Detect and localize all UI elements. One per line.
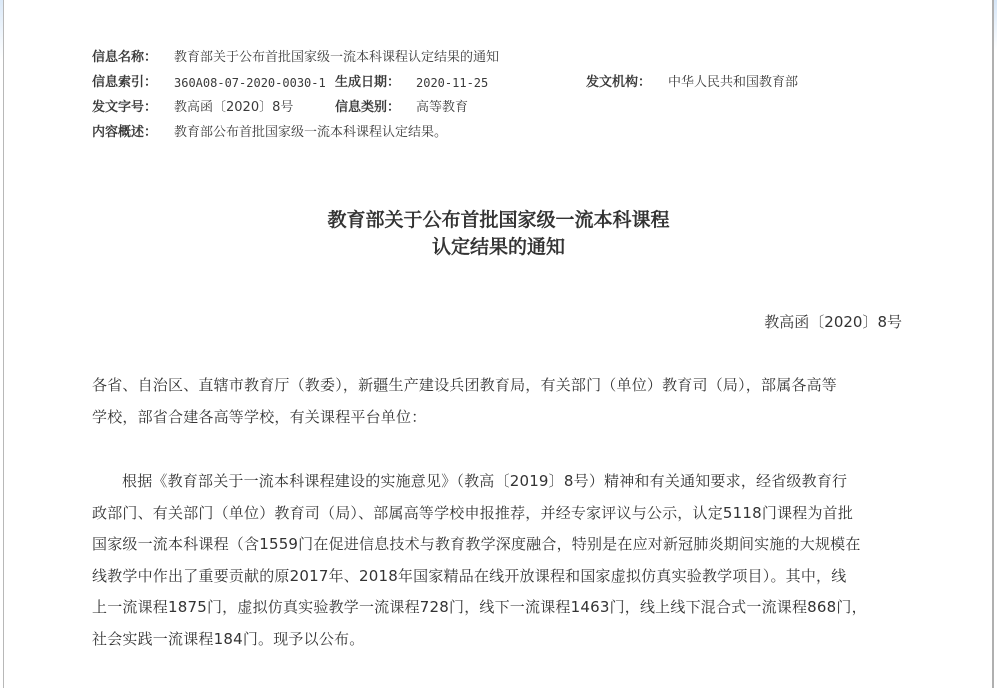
doc-number-label: 发文字号： [92,98,157,118]
body-line: 政部门、有关部门（单位）教育司（局）、部属高等学校申报推荐，并经专家评议与公示，… [92,498,907,530]
addressee-line: 各省、自治区、直辖市教育厅（教委），新疆生产建设兵团教育局，有关部门（单位）教育… [92,370,907,402]
document-title: 教育部关于公布首批国家级一流本科课程 认定结果的通知 [0,207,997,261]
summary-label: 内容概述： [92,123,157,143]
body-line: 上一流课程1875门，虚拟仿真实验教学一流课程728门，线下一流课程1463门，… [92,592,907,624]
document-page: 信息名称： 教育部关于公布首批国家级一流本科课程认定结果的通知 信息索引： 36… [0,0,997,688]
date-value: 2020-11-25 [416,73,488,93]
date-label: 生成日期： [335,73,400,93]
info-index-label: 信息索引： [92,73,157,93]
document-number: 教高函〔2020〕8号 [764,311,902,332]
body-line: 线教学中作出了重要贡献的原2017年、2018年国家精品在线开放课程和国家虚拟仿… [92,561,907,593]
category-value: 高等教育 [416,98,468,118]
document-title-line-1: 教育部关于公布首批国家级一流本科课程 [0,207,997,234]
window-border-left [3,0,4,688]
body-paragraph: 根据《教育部关于一流本科课程建设的实施意见》（教高〔2019〕8号）精神和有关通… [92,466,907,655]
addressee-line: 学校，部省合建各高等学校，有关课程平台单位： [92,402,907,434]
summary-value: 教育部公布首批国家级一流本科课程认定结果。 [174,123,447,143]
info-name-label: 信息名称： [92,48,157,68]
category-label: 信息类别： [335,98,400,118]
info-name-value: 教育部关于公布首批国家级一流本科课程认定结果的通知 [174,48,499,68]
window-border-right [992,0,994,688]
issuing-org-value: 中华人民共和国教育部 [668,73,798,93]
body-line: 国家级一流本科课程（含1559门在促进信息技术与教育教学深度融合，特别是在应对新… [92,529,907,561]
addressee-paragraph: 各省、自治区、直辖市教育厅（教委），新疆生产建设兵团教育局，有关部门（单位）教育… [92,370,907,433]
body-line: 社会实践一流课程184门。现予以公布。 [92,624,907,656]
document-title-line-2: 认定结果的通知 [0,234,997,261]
doc-number-value: 教高函〔2020〕8号 [174,98,293,118]
info-index-value: 360A08-07-2020-0030-1 [174,73,326,93]
body-line: 根据《教育部关于一流本科课程建设的实施意见》（教高〔2019〕8号）精神和有关通… [92,466,907,498]
issuing-org-label: 发文机构： [586,73,651,93]
